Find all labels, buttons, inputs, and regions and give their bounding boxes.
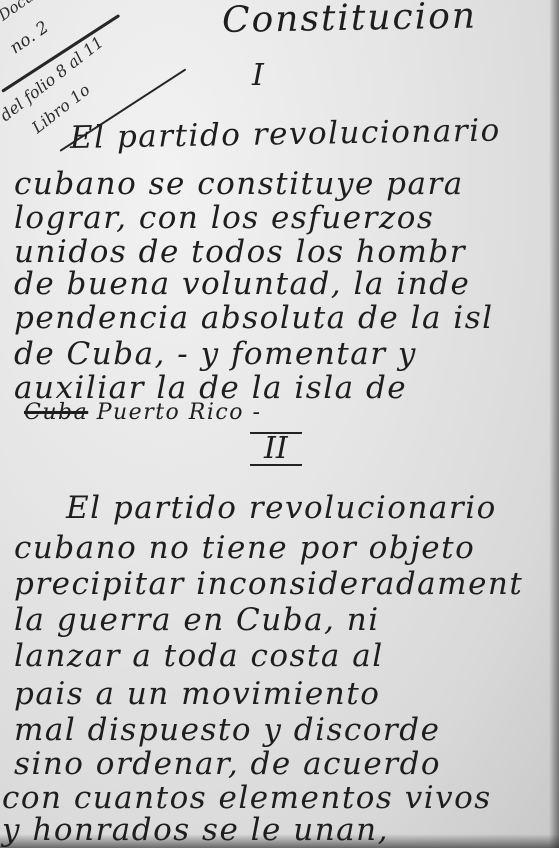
text-line: Cuba Puerto Rico - <box>24 400 261 425</box>
text-line: pais a un movimiento <box>14 676 380 712</box>
text-line: cubano se constituye para <box>14 166 464 202</box>
text-line: cubano no tiene por objeto <box>14 530 475 566</box>
text-line: mal dispuesto y discorde <box>14 712 440 748</box>
margin-note-number: no. 2 <box>6 17 52 58</box>
document-title: Constitucion <box>222 0 478 41</box>
section-numeral-1: I <box>252 58 264 93</box>
section-numeral-2: II <box>250 432 302 466</box>
text-line-fragment: Puerto Rico - <box>97 400 262 425</box>
text-line: precipitar inconsideradament <box>14 566 523 602</box>
text-line: de Cuba, - y fomentar y <box>14 336 417 372</box>
text-line: lanzar a toda costa al <box>14 638 384 674</box>
text-line: de buena voluntad, la inde <box>14 266 470 302</box>
text-line: lograr, con los esfuerzos <box>14 200 434 236</box>
text-line: con cuantos elementos vivos <box>2 780 492 816</box>
struck-out-word: Cuba <box>24 400 88 425</box>
text-line: la guerra en Cuba, ni <box>14 602 380 638</box>
text-line: sino ordenar, de acuerdo <box>14 746 441 782</box>
text-line: El partido revolucionario <box>70 112 501 156</box>
text-line: unidos de todos los hombr <box>14 234 466 270</box>
scanned-document-page: Constitucion Documento no. 2 del folio 8… <box>0 0 559 848</box>
text-line: El partido revolucionario <box>66 490 497 526</box>
text-line: y honrados se le unan, <box>2 812 389 848</box>
text-line: pendencia absoluta de la isl <box>14 300 494 336</box>
